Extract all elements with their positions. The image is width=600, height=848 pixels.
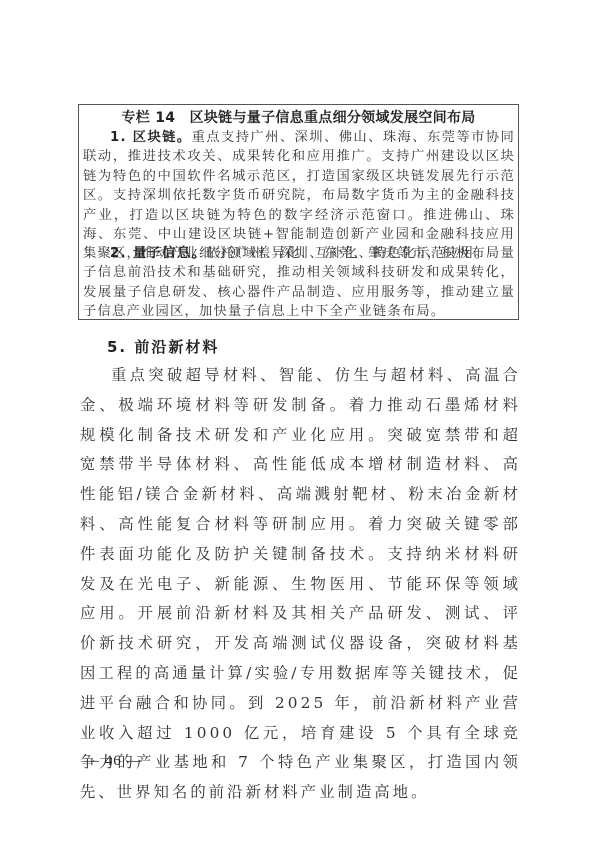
- box-item-text: 重点支持广州、深圳、佛山、珠海、东莞等市协同联动，推进技术攻关、成果转化和应用推…: [83, 130, 515, 261]
- box-item-quantum: 2. 量子信息。依托广州、深圳、东莞、肇庆等市，积极布局量子信息前沿技术和基础研…: [83, 244, 515, 322]
- page-number: — 46 —: [84, 753, 143, 770]
- box-item-lead: 1. 区块链。: [110, 130, 192, 145]
- box-item-lead: 2. 量子信息。: [110, 246, 206, 261]
- section-heading: 5. 前沿新材料: [107, 336, 219, 357]
- section-body-paragraph: 重点突破超导材料、智能、仿生与超材料、高温合金、极端环境材料等研发制备。着力推动…: [80, 361, 521, 808]
- column-box-14: 专栏 14 区块链与量子信息重点细分领域发展空间布局 1. 区块链。重点支持广州…: [78, 104, 519, 320]
- box-title: 专栏 14 区块链与量子信息重点细分领域发展空间布局: [79, 109, 518, 128]
